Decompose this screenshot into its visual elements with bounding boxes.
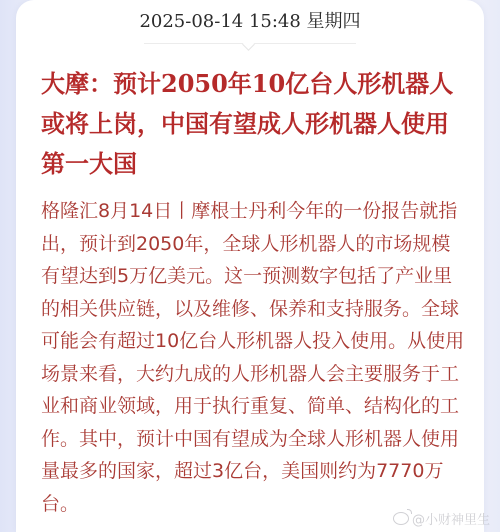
- watermark: @小财神里生: [393, 509, 490, 528]
- watermark-text: @小财神里生: [412, 509, 490, 528]
- article-title: 大摩：预计2050年10亿台人形机器人或将上岗，中国有望成人形机器人使用第一大国: [41, 64, 466, 184]
- datetime-header: 2025-08-14 15:48 星期四: [16, 8, 484, 36]
- divider-notch-icon: [242, 38, 255, 51]
- weibo-icon: [393, 512, 409, 525]
- article-body: 格隆汇8月14日丨摩根士丹利今年的一份报告就指出，预计到2050年，全球人形机器…: [41, 195, 466, 520]
- article-card: 2025-08-14 15:48 星期四 大摩：预计2050年10亿台人形机器人…: [16, 0, 484, 532]
